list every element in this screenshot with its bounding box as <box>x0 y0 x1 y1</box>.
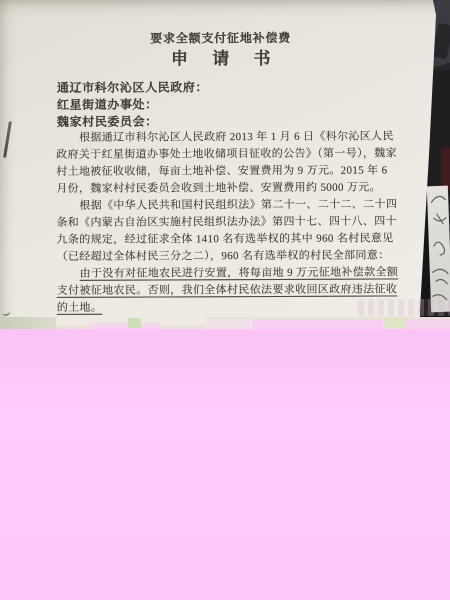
paragraph3-line3-underlined: 的土地。 <box>57 298 399 316</box>
paragraph2-line3: 九条的规定，经过征求全体 1410 名有选举权的其中 960 名村民意见 <box>56 230 398 248</box>
document-title-text: 申 请 书 <box>171 49 281 68</box>
artifact-block <box>128 318 141 328</box>
paragraph1-line2: 政府关于红星街道办事处土地收储项目征收的公告》（第一号），魏家 <box>56 145 398 163</box>
side-paper-with-handwriting <box>427 186 450 313</box>
paragraph3-line2-underlined: 支付被征地农民。否则，我们全体村民依法要求收回区政府违法征收 <box>57 281 399 299</box>
paragraph1-line4: 月份，魏家村村民委员会收到土地补偿、安置费用约 5000 万元。 <box>56 179 398 197</box>
document-title: 申 请 书 <box>0 43 442 70</box>
letter-body: 根据通辽市科尔沁区人民政府 2013 年 1 月 6 日《科尔沁区人民 政府关于… <box>56 128 398 316</box>
red-object-edge <box>441 147 450 191</box>
handwriting-scribble-icon <box>427 186 450 313</box>
addressee-village-committee: 魏家村民委员会： <box>57 113 208 131</box>
paragraph1-line1: 根据通辽市科尔沁区人民政府 2013 年 1 月 6 日《科尔沁区人民 <box>56 128 398 146</box>
paragraph1-line3: 村土地被征收收储，每亩土地补偿、安置费用为 9 万元。2015 年 6 <box>56 162 398 180</box>
artifact-block <box>385 318 405 327</box>
addressee-block: 通辽市科尔沁区人民政府： 红星街道办事处： 魏家村民委员会： <box>57 79 208 131</box>
paragraph2-line4: （已经超过全体村民三分之二），960 名有选举权的村民全部同意： <box>57 247 399 265</box>
pink-redaction-overlay <box>0 332 450 600</box>
addressee-district-government: 通辽市科尔沁区人民政府： <box>57 79 208 97</box>
addressee-subdistrict-office: 红星街道办事处： <box>57 96 208 114</box>
photo-of-document: 要求全额支付征地补偿费 申 请 书 通辽市科尔沁区人民政府： 红星街道办事处： … <box>0 0 450 600</box>
paragraph2-line1: 根据《中华人民共和国村民组织法》第二十一、二十二、二十四 <box>56 196 398 214</box>
paragraph3-line1-underlined: 由于没有对征地农民进行安置，将每亩地 9 万元征地补偿款全额 <box>57 264 399 282</box>
compression-artifact-band <box>0 317 450 333</box>
paragraph2-line2: 条和《内蒙古自治区实施村民组织法办法》第四十七、四十八、四十 <box>56 213 398 231</box>
faint-artifact-marks <box>358 299 450 316</box>
